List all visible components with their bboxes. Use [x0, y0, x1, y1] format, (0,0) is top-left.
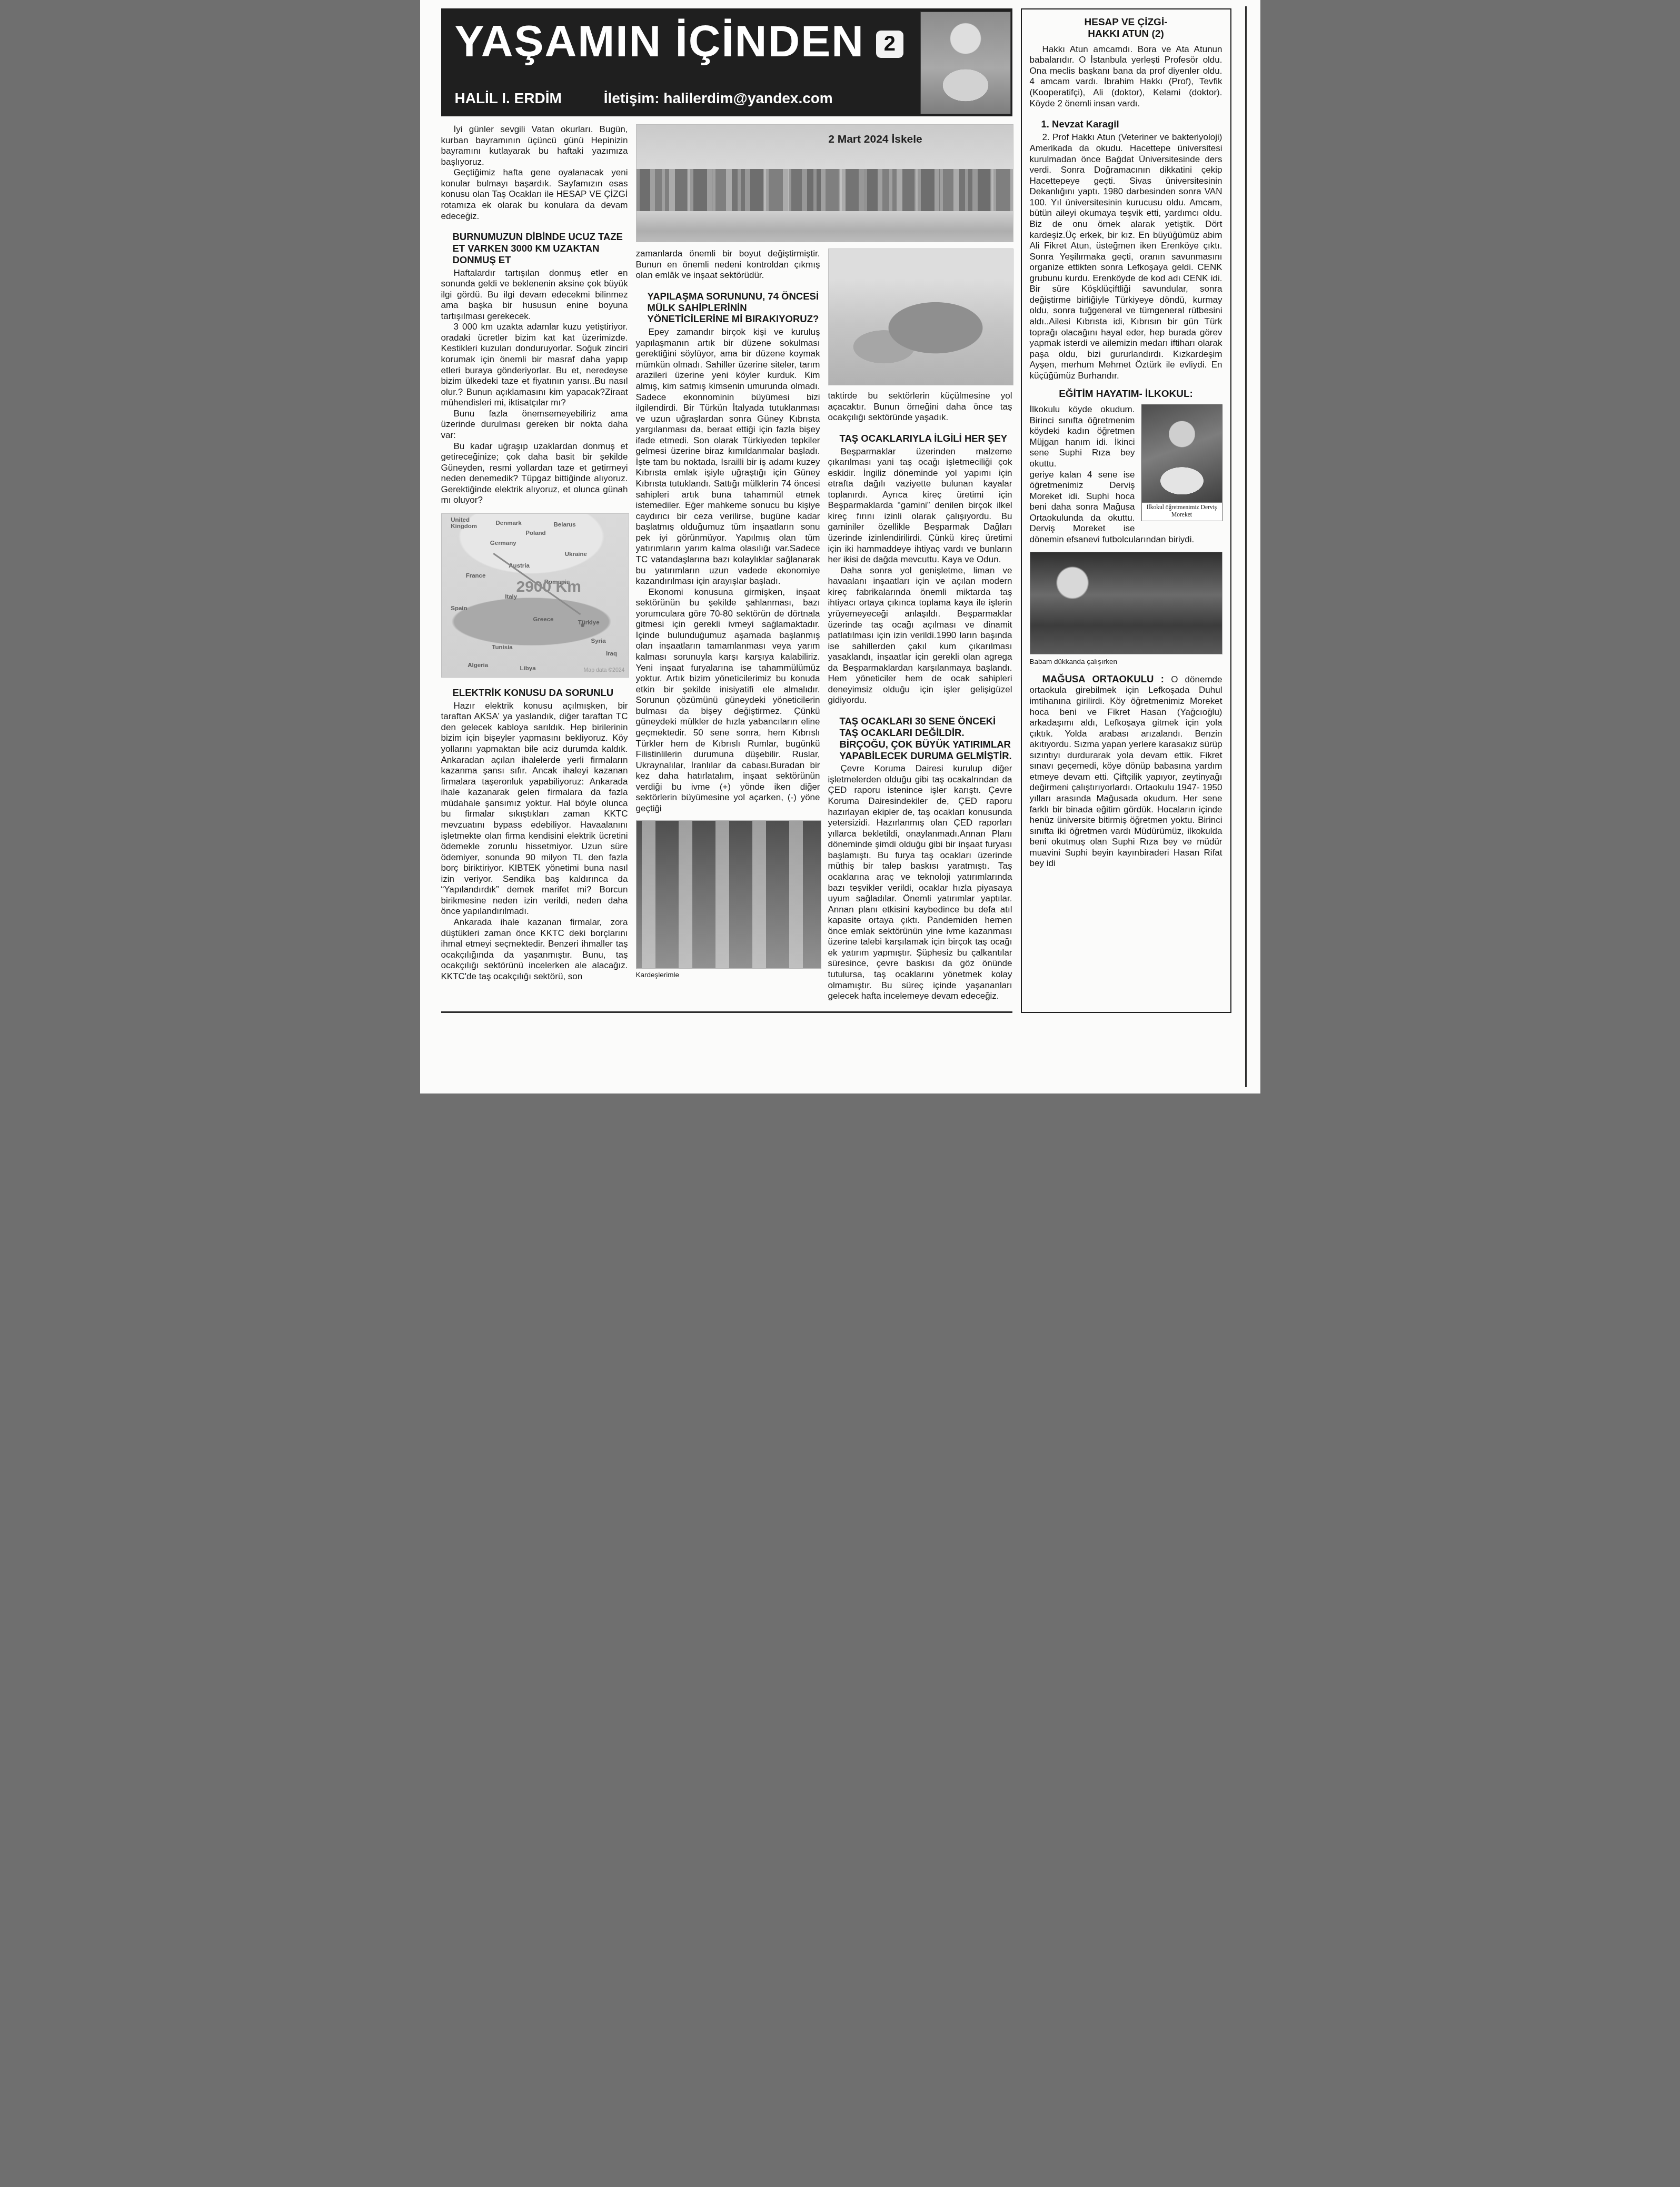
page-title: YAŞAMIN İÇİNDEN	[455, 16, 864, 67]
main-section: YAŞAMIN İÇİNDEN 2 HALİL I. ERDİM İletişi…	[441, 8, 1012, 1013]
paragraph: İyi günler sevgili Vatan okurları. Bugün…	[441, 124, 628, 167]
iskele-cityscape-photo: 2 Mart 2024 İskele	[636, 124, 1013, 242]
paragraph: zamanlarda önemli bir boyut değiştirmişt…	[636, 248, 820, 281]
paragraph: Çevre Koruma Dairesi kurulup diğer işlet…	[828, 763, 1012, 1001]
paragraph: Hakkı Atun amcamdı. Bora ve Ata Atunun b…	[1030, 44, 1222, 109]
map-destination-dot	[581, 623, 584, 627]
map-label: Tunisia	[492, 644, 512, 651]
paragraph: Ankarada ihale kazanan firmalar, zora dü…	[441, 917, 628, 982]
buildings-silhouette	[637, 169, 1013, 211]
section-heading-tas-ocaklari: TAŞ OCAKLARIYLA İLGİLİ HER ŞEY	[828, 433, 1012, 444]
column-3: taktirde bu sektörlerin küçülmesine yol …	[828, 248, 1012, 1002]
map-label: Denmark	[495, 520, 521, 526]
paragraph: Haftalardır tartışılan donmuş etler en s…	[441, 268, 628, 322]
box-heading-hesap-ve-cizgi: HESAP VE ÇİZGİ- HAKKI ATUN (2)	[1030, 17, 1222, 40]
map-label: France	[466, 573, 486, 579]
map-credit: Map data ©2024	[584, 667, 625, 674]
column-1: İyi günler sevgili Vatan okurları. Bugün…	[441, 124, 628, 1002]
photo-caption: Babam dükkanda çalışırken	[1030, 658, 1222, 666]
section-heading-30-sene: TAŞ OCAKLARI 30 SENE ÖNCEKİ TAŞ OCAKLARI…	[828, 715, 1012, 761]
paragraph: Bunu fazla önemsemeyebiliriz ama üzerind…	[441, 409, 628, 441]
paragraph: Ekonomi konusuna girmişken, inşaat sektö…	[636, 587, 820, 814]
paragraph: Beşparmaklar üzerinden malzeme çıkarılma…	[828, 446, 1012, 565]
teacher-portrait-figure: İlkokul öğretmenimiz Derviş Moreket	[1141, 404, 1222, 521]
paragraph: 3 000 km uzakta adamlar kuzu yetiştiriyo…	[441, 322, 628, 409]
newspaper-page: YAŞAMIN İÇİNDEN 2 HALİL I. ERDİM İletişi…	[420, 0, 1260, 1093]
map-label: Iraq	[606, 651, 617, 657]
heading-line: HAKKI ATUN (2)	[1030, 28, 1222, 40]
map-label: Poland	[525, 530, 545, 536]
subheading-magusa-ortaokulu: MAĞUSA ORTAOKULU :	[1042, 673, 1171, 684]
photo-caption: Kardeşlerimle	[636, 971, 820, 979]
map-label: Spain	[451, 605, 467, 612]
columns-2-3-area: 2 Mart 2024 İskele zamanlarda önemli bir…	[636, 124, 1012, 1002]
paragraph: Epey zamandır birçok kişi ve kuruluş yap…	[636, 327, 820, 587]
teacher-portrait-photo	[1142, 405, 1222, 502]
map-label: Ukraine	[565, 551, 587, 558]
paragraph: 2. Prof Hakkı Atun (Veteriner ve bakteri…	[1030, 132, 1222, 381]
paragraph: taktirde bu sektörlerin küçülmesine yol …	[828, 391, 1012, 423]
subheading-egitim-hayatim: EĞİTİM HAYATIM- İLKOKUL:	[1030, 389, 1222, 400]
father-workshop-photo	[1030, 552, 1222, 654]
author-portrait-photo	[920, 12, 1011, 114]
section-heading-yapilasma: YAPILAŞMA SORUNUNU, 74 ÖNCESİ MÜLK SAHİP…	[636, 291, 820, 325]
section-heading-donmus-et: BURNUMUZUN DİBİNDE UCUZ TAZE ET VARKEN 3…	[441, 231, 628, 265]
teacher-photo-caption: İlkokul öğretmenimiz Derviş Moreket	[1142, 502, 1222, 521]
author-name: HALİL I. ERDİM	[455, 90, 562, 107]
paragraph: Daha sonra yol genişletme, liman ve hava…	[828, 565, 1012, 706]
masthead: YAŞAMIN İÇİNDEN 2 HALİL I. ERDİM İletişi…	[441, 8, 1012, 116]
photo-foreground	[637, 211, 1013, 242]
paragraph-text: O dönemde ortaokula girebilmek için Lefk…	[1030, 674, 1222, 869]
contact-info: İletişim: halilerdim@yandex.com	[604, 90, 833, 107]
paragraph: Geçtiğimiz hafta gene oyalanacak yeni ko…	[441, 167, 628, 222]
rocks-photo	[828, 248, 1013, 385]
hesap-ve-cizgi-box: HESAP VE ÇİZGİ- HAKKI ATUN (2) Hakkı Atu…	[1021, 8, 1231, 1013]
paragraph: Bu kadar uğraşıp uzaklardan donmuş et ge…	[441, 441, 628, 506]
map-label: Algeria	[468, 662, 488, 669]
page-edge-rule	[1245, 6, 1247, 1087]
section-heading-elektrik: ELEKTRİK KONUSU DA SORUNLU	[441, 687, 628, 699]
europe-distance-map: United Kingdom Denmark Poland Belarus Ge…	[441, 513, 629, 678]
subheading-nevzat-karagil: 1. Nevzat Karagil	[1030, 118, 1222, 130]
map-label: Libya	[520, 665, 536, 672]
photo-date-label: 2 Mart 2024 İskele	[828, 133, 922, 146]
map-label: Greece	[533, 617, 553, 623]
siblings-photo	[636, 820, 821, 969]
map-label: Italy	[505, 594, 517, 600]
paragraph: Hazır elektrik konusu açılmışken, bir ta…	[441, 701, 628, 917]
map-label: Belarus	[554, 522, 576, 528]
heading-line: HESAP VE ÇİZGİ-	[1030, 17, 1222, 28]
map-label: Syria	[591, 638, 606, 644]
map-distance-label: 2900 Km	[516, 578, 581, 597]
map-label: United Kingdom	[451, 517, 489, 530]
bottom-rule	[441, 1011, 1012, 1013]
column-2: zamanlarda önemli bir boyut değiştirmişt…	[636, 248, 820, 1002]
map-label: Germany	[490, 540, 516, 546]
issue-number-badge: 2	[876, 31, 903, 58]
paragraph: MAĞUSA ORTAOKULU : O dönemde ortaokula g…	[1030, 673, 1222, 869]
